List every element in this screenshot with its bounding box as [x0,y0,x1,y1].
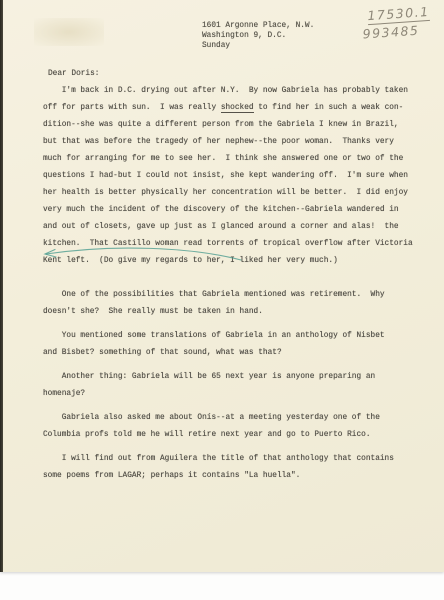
letter-scan: 17530.1 993485 1601 Argonne Place, N.W. … [0,0,444,572]
paragraph-5: Gabriela also asked me about Onís--at a … [43,410,429,444]
handwritten-arrow-icon [36,246,244,264]
paragraph-2: One of the possibilities that Gabriela m… [43,287,429,321]
left-edge-shadow [0,0,3,572]
catalog-numbers: 17530.1 993485 [367,4,431,41]
paragraph-4: Another thing: Gabriela will be 65 next … [43,369,429,403]
salutation: Dear Doris: [48,66,429,83]
letter-body: Dear Doris: I'm back in D.C. drying out … [43,66,429,492]
paragraph-1: I'm back in D.C. drying out after N.Y. B… [43,83,429,270]
paper-stain [34,18,104,46]
paragraph-1-text-post: to find her in such a weak con- dition--… [43,104,413,265]
paragraph-3: You mentioned some translations of Gabri… [43,328,429,362]
address-line-3: Sunday [202,42,314,52]
address-line-2: Washington 9, D.C. [202,32,314,42]
address-block: 1601 Argonne Place, N.W. Washington 9, D… [202,22,314,51]
paragraph-6: I will find out from Aguilera the title … [43,451,429,485]
underlined-word: shocked [221,104,254,113]
address-line-1: 1601 Argonne Place, N.W. [202,22,314,32]
document-page: 17530.1 993485 1601 Argonne Place, N.W. … [0,0,444,600]
